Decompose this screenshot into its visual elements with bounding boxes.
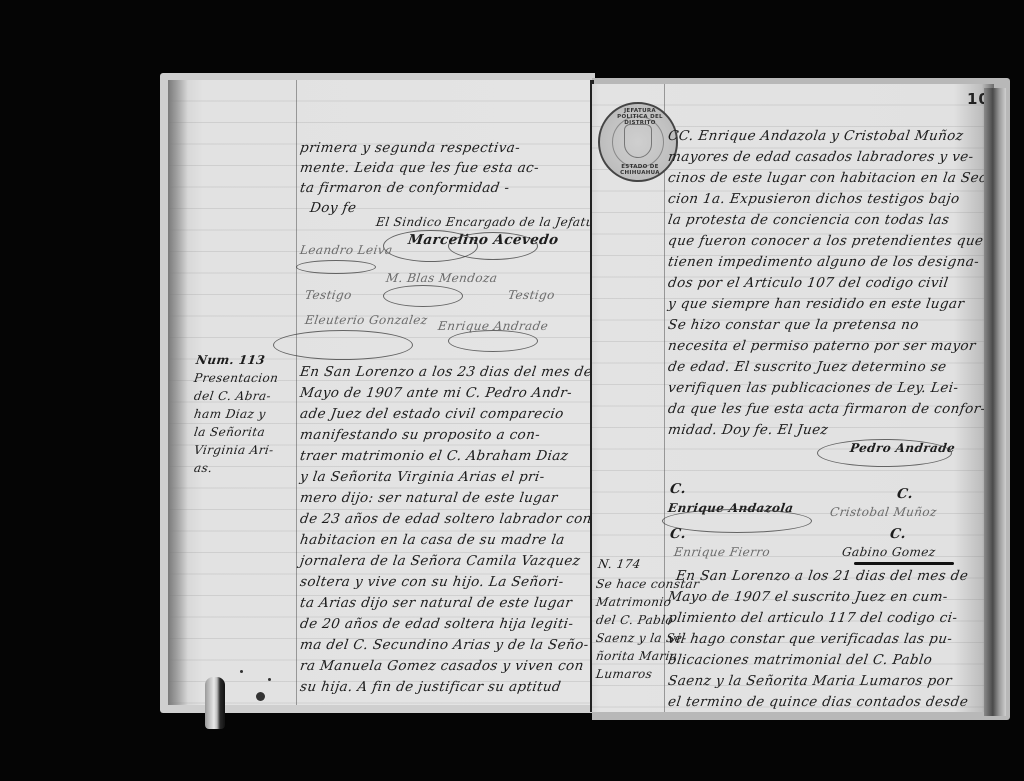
- entry-line: el termino de quince dias contados desde: [666, 692, 969, 712]
- continuation-line: primera y segunda respectiva-: [298, 138, 521, 160]
- coat-of-arms-icon: [624, 124, 652, 158]
- entry-number: N. 174: [596, 554, 642, 576]
- continuation-line: cion 1a. Expusieron dichos testigos bajo: [666, 189, 960, 211]
- entry-line: habitacion en la casa de su madre la: [298, 530, 566, 552]
- continuation-line: mayores de edad casados labradores y ve-: [666, 147, 974, 169]
- entry-line: de 23 años de edad soltero labrador con: [298, 509, 593, 531]
- continuation-line: cinos de este lugar con habitacion en la…: [666, 168, 993, 190]
- open-ledger-book: primera y segunda respectiva- mente. Lei…: [160, 70, 1010, 720]
- signature-flourish: [817, 439, 952, 467]
- entry-line: blicaciones matrimonial del C. Pablo: [666, 650, 933, 672]
- entry-line: soltera y vive con su hijo. La Señori-: [298, 572, 565, 594]
- right-page: 107 JEFATURA POLITICA DEL DISTRITO ESTAD…: [592, 84, 994, 712]
- ink-blot: [256, 692, 265, 701]
- signature-flourish: [448, 232, 538, 260]
- ink-speck: [268, 678, 271, 681]
- entry-line: jornalera de la Señora Camila Vazquez: [298, 551, 581, 573]
- book-right-edge: [984, 88, 1006, 716]
- signature: Leandro Leiva: [298, 240, 393, 262]
- signature-flourish: [296, 260, 376, 274]
- seal-text-top: JEFATURA POLITICA DEL DISTRITO: [608, 108, 672, 126]
- signature-flourish: [383, 285, 463, 307]
- entry-line: ma del C. Secundino Arias y de la Seño-: [298, 635, 590, 657]
- continuation-line: de edad. El suscrito Juez determino se: [666, 357, 947, 379]
- signature-underline: [854, 562, 954, 565]
- margin-note: as.: [192, 458, 213, 480]
- continuation-line: que fueron conocer a los pretendientes q…: [666, 231, 994, 253]
- official-seal-icon: JEFATURA POLITICA DEL DISTRITO ESTADO DE…: [598, 102, 678, 182]
- continuation-line: Doy fe: [308, 198, 357, 220]
- margin-note: Lumaros: [594, 664, 653, 686]
- entry-line: En San Lorenzo a los 23 dias del mes de: [298, 362, 593, 384]
- signature-flourish: [273, 330, 413, 360]
- entry-line: vil hago constar que verificadas las pu-: [666, 629, 953, 651]
- entry-line: Saenz y la Señorita Maria Lumaros por: [666, 671, 953, 693]
- entry-line: traer matrimonio el C. Abraham Diaz: [298, 446, 569, 468]
- continuation-line: dos por el Articulo 107 del codigo civil: [666, 273, 949, 295]
- continuation-line: tienen impedimento alguno de los designa…: [666, 252, 980, 274]
- signature: Eleuterio Gonzalez: [303, 310, 428, 332]
- continuation-line: CC. Enrique Andazola y Cristobal Muñoz: [666, 126, 964, 148]
- continuation-line: necesita el permiso paterno por ser mayo…: [666, 336, 977, 358]
- entry-line: su hija. A fin de justificar su aptitud: [298, 677, 562, 699]
- margin-rule: [296, 80, 297, 705]
- entry-line: plimiento del articulo 117 del codigo ci…: [666, 608, 958, 630]
- page-clip: [205, 677, 225, 729]
- continuation-line: ta firmaron de conformidad -: [298, 178, 510, 200]
- continuation-line: y que siempre han residido en este lugar: [666, 294, 965, 316]
- signature: Cristobal Muñoz: [828, 502, 938, 524]
- entry-line: Mayo de 1907 ante mi C. Pedro Andr-: [298, 383, 573, 405]
- witness-label: Testigo: [506, 285, 556, 307]
- left-page: primera y segunda respectiva- mente. Lei…: [168, 80, 593, 705]
- entry-line: ade Juez del estado civil comparecio: [298, 404, 565, 426]
- entry-line: ra Manuela Gomez casados y viven con: [298, 656, 585, 678]
- entry-line: ta Arias dijo ser natural de este lugar: [298, 593, 573, 615]
- signature: Enrique Fierro: [672, 542, 771, 564]
- signature: Gabino Gomez: [840, 542, 936, 564]
- continuation-line: Se hizo constar que la pretensa no: [666, 315, 920, 337]
- entry-line: y la Señorita Virginia Arias el pri-: [298, 467, 546, 489]
- entry-line: Mayo de 1907 el suscrito Juez en cum-: [666, 587, 949, 609]
- signature-flourish: [448, 330, 538, 352]
- continuation-line: verifiquen las publicaciones de Ley. Lei…: [666, 378, 959, 400]
- continuation-line: midad. Doy fe. El Juez: [666, 420, 829, 442]
- continuation-line: la protesta de conciencia con todas las: [666, 210, 950, 232]
- entry-line: mero dijo: ser natural de este lugar: [298, 488, 559, 510]
- witness-label: Testigo: [303, 285, 353, 307]
- continuation-line: da que les fue esta acta firmaron de con…: [666, 399, 986, 421]
- entry-line: manifestando su proposito a con-: [298, 425, 541, 447]
- entry-line: de 20 años de edad soltera hija legiti-: [298, 614, 574, 636]
- seal-text-bottom: ESTADO DE CHIHUAHUA: [606, 164, 674, 176]
- ink-speck: [240, 670, 243, 673]
- continuation-line: mente. Leida que les fue esta ac-: [298, 158, 540, 180]
- entry-line: En San Lorenzo a los 21 dias del mes de: [674, 566, 969, 588]
